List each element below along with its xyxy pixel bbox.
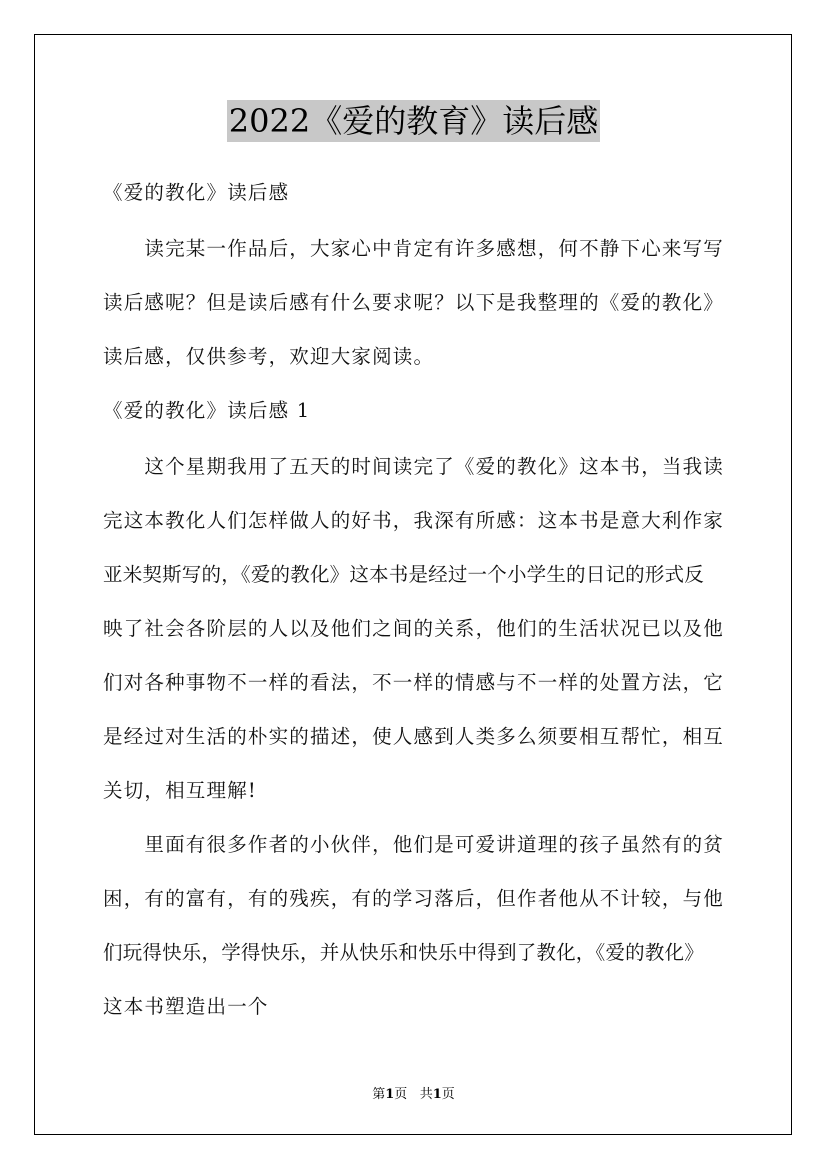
body-line: 们对各种事物不一样的看法，不一样的情感与不一样的处置方法，它 (103, 665, 743, 719)
body-line: 读后感，仅供参考，欢迎大家阅读。 (103, 339, 743, 393)
body-line: 读完某一作品后，大家心中肯定有许多感想，何不静下心来写写 (103, 231, 743, 285)
document-title: 2022《爱的教育》读后感 (227, 100, 600, 142)
section-heading: 《爱的教化》读后感 1 (103, 393, 743, 449)
document-body: 《爱的教化》读后感 读完某一作品后，大家心中肯定有许多感想，何不静下心来写写 读… (103, 175, 743, 1043)
total-prefix: 共 (420, 1087, 433, 1102)
page-suffix: 页 (394, 1087, 407, 1102)
body-line: 困，有的富有，有的残疾，有的学习落后，但作者他从不计较，与他 (103, 881, 743, 935)
body-line: 是经过对生活的朴实的描述，使人感到人类多么须要相互帮忙，相互 (103, 719, 743, 773)
body-line: 关切，相互理解! (103, 773, 743, 827)
section-heading: 《爱的教化》读后感 (103, 175, 743, 231)
body-line: 里面有很多作者的小伙伴，他们是可爱讲道理的孩子虽然有的贫 (103, 827, 743, 881)
body-line: 映了社会各阶层的人以及他们之间的关系，他们的生活状况已以及他 (103, 611, 743, 665)
page-total: 1 (433, 1087, 442, 1102)
page-footer: 第1页 共1页 (0, 1083, 827, 1102)
title-container: 2022《爱的教育》读后感 (0, 100, 827, 142)
body-line: 完这本教化人们怎样做人的好书，我深有所感：这本书是意大利作家 (103, 503, 743, 557)
page-prefix: 第 (372, 1087, 385, 1102)
body-line: 亚米契斯写的，《爱的教化》这本书是经过一个小学生的日记的形式反 (103, 557, 743, 611)
body-line: 读后感呢？但是读后感有什么要求呢？以下是我整理的《爱的教化》 (103, 285, 743, 339)
body-line: 这个星期我用了五天的时间读完了《爱的教化》这本书，当我读 (103, 449, 743, 503)
page-current: 1 (385, 1087, 394, 1102)
body-line: 们玩得快乐，学得快乐，并从快乐和快乐中得到了教化，《爱的教化》 (103, 935, 743, 989)
body-line: 这本书塑造出一个 (103, 989, 743, 1043)
total-suffix: 页 (442, 1087, 455, 1102)
